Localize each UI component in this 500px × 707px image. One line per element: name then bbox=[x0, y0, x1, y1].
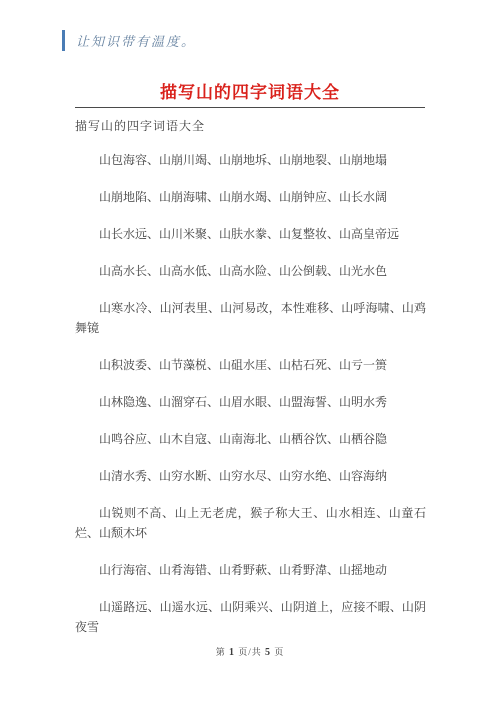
page-title: 描写山的四字词语大全 bbox=[0, 78, 500, 103]
slogan-text: 让知识带有温度。 bbox=[76, 31, 196, 50]
idiom-paragraph: 山遥路远、山遥水远、山阴乘兴、山阴道上，应接不暇、山阴夜雪 bbox=[75, 597, 426, 637]
idiom-list: 山包海容、山崩川竭、山崩地坼、山崩地裂、山崩地塌山崩地陷、山崩海啸、山崩水竭、山… bbox=[75, 150, 426, 654]
header-slogan: 让知识带有温度。 bbox=[62, 30, 196, 51]
idiom-paragraph: 山长水远、山川米聚、山肤水豢、山复整妆、山高皇帝远 bbox=[75, 224, 426, 244]
idiom-paragraph: 山鸣谷应、山木自寇、山南海北、山栖谷饮、山栖谷隐 bbox=[75, 429, 426, 449]
idiom-paragraph: 山林隐逸、山溜穿石、山眉水眼、山盟海誓、山明水秀 bbox=[75, 392, 426, 412]
idiom-paragraph: 山包海容、山崩川竭、山崩地坼、山崩地裂、山崩地塌 bbox=[75, 150, 426, 170]
idiom-paragraph: 山锐则不高、山上无老虎，猴子称大王、山水相连、山童石烂、山颓木坏 bbox=[75, 503, 426, 543]
idiom-paragraph: 山高水长、山高水低、山高水险、山公倒载、山光水色 bbox=[75, 261, 426, 281]
idiom-paragraph: 山行海宿、山肴海错、山肴野蔌、山肴野湋、山摇地动 bbox=[75, 560, 426, 580]
idiom-paragraph: 山清水秀、山穷水断、山穷水尽、山穷水绝、山容海纳 bbox=[75, 466, 426, 486]
footer-suffix: 页 bbox=[271, 647, 284, 657]
page-number-footer: 第 1 页/共 5 页 bbox=[0, 645, 500, 658]
document-subtitle: 描写山的四字词语大全 bbox=[75, 117, 205, 134]
idiom-paragraph: 山崩地陷、山崩海啸、山崩水竭、山崩钟应、山长水阔 bbox=[75, 187, 426, 207]
idiom-paragraph: 山寒水冷、山河表里、山河易改，本性难移、山呼海啸、山鸡舞镜 bbox=[75, 298, 426, 338]
footer-prefix: 第 bbox=[216, 647, 229, 657]
document-page: 让知识带有温度。 描写山的四字词语大全 描写山的四字词语大全 山包海容、山崩川竭… bbox=[0, 0, 500, 707]
idiom-paragraph: 山积波委、山节藻棁、山砠水厓、山枯石死、山亏一篑 bbox=[75, 355, 426, 375]
slogan-accent-bar bbox=[62, 30, 65, 51]
footer-middle: 页/共 bbox=[235, 647, 265, 657]
title-divider bbox=[75, 107, 425, 108]
